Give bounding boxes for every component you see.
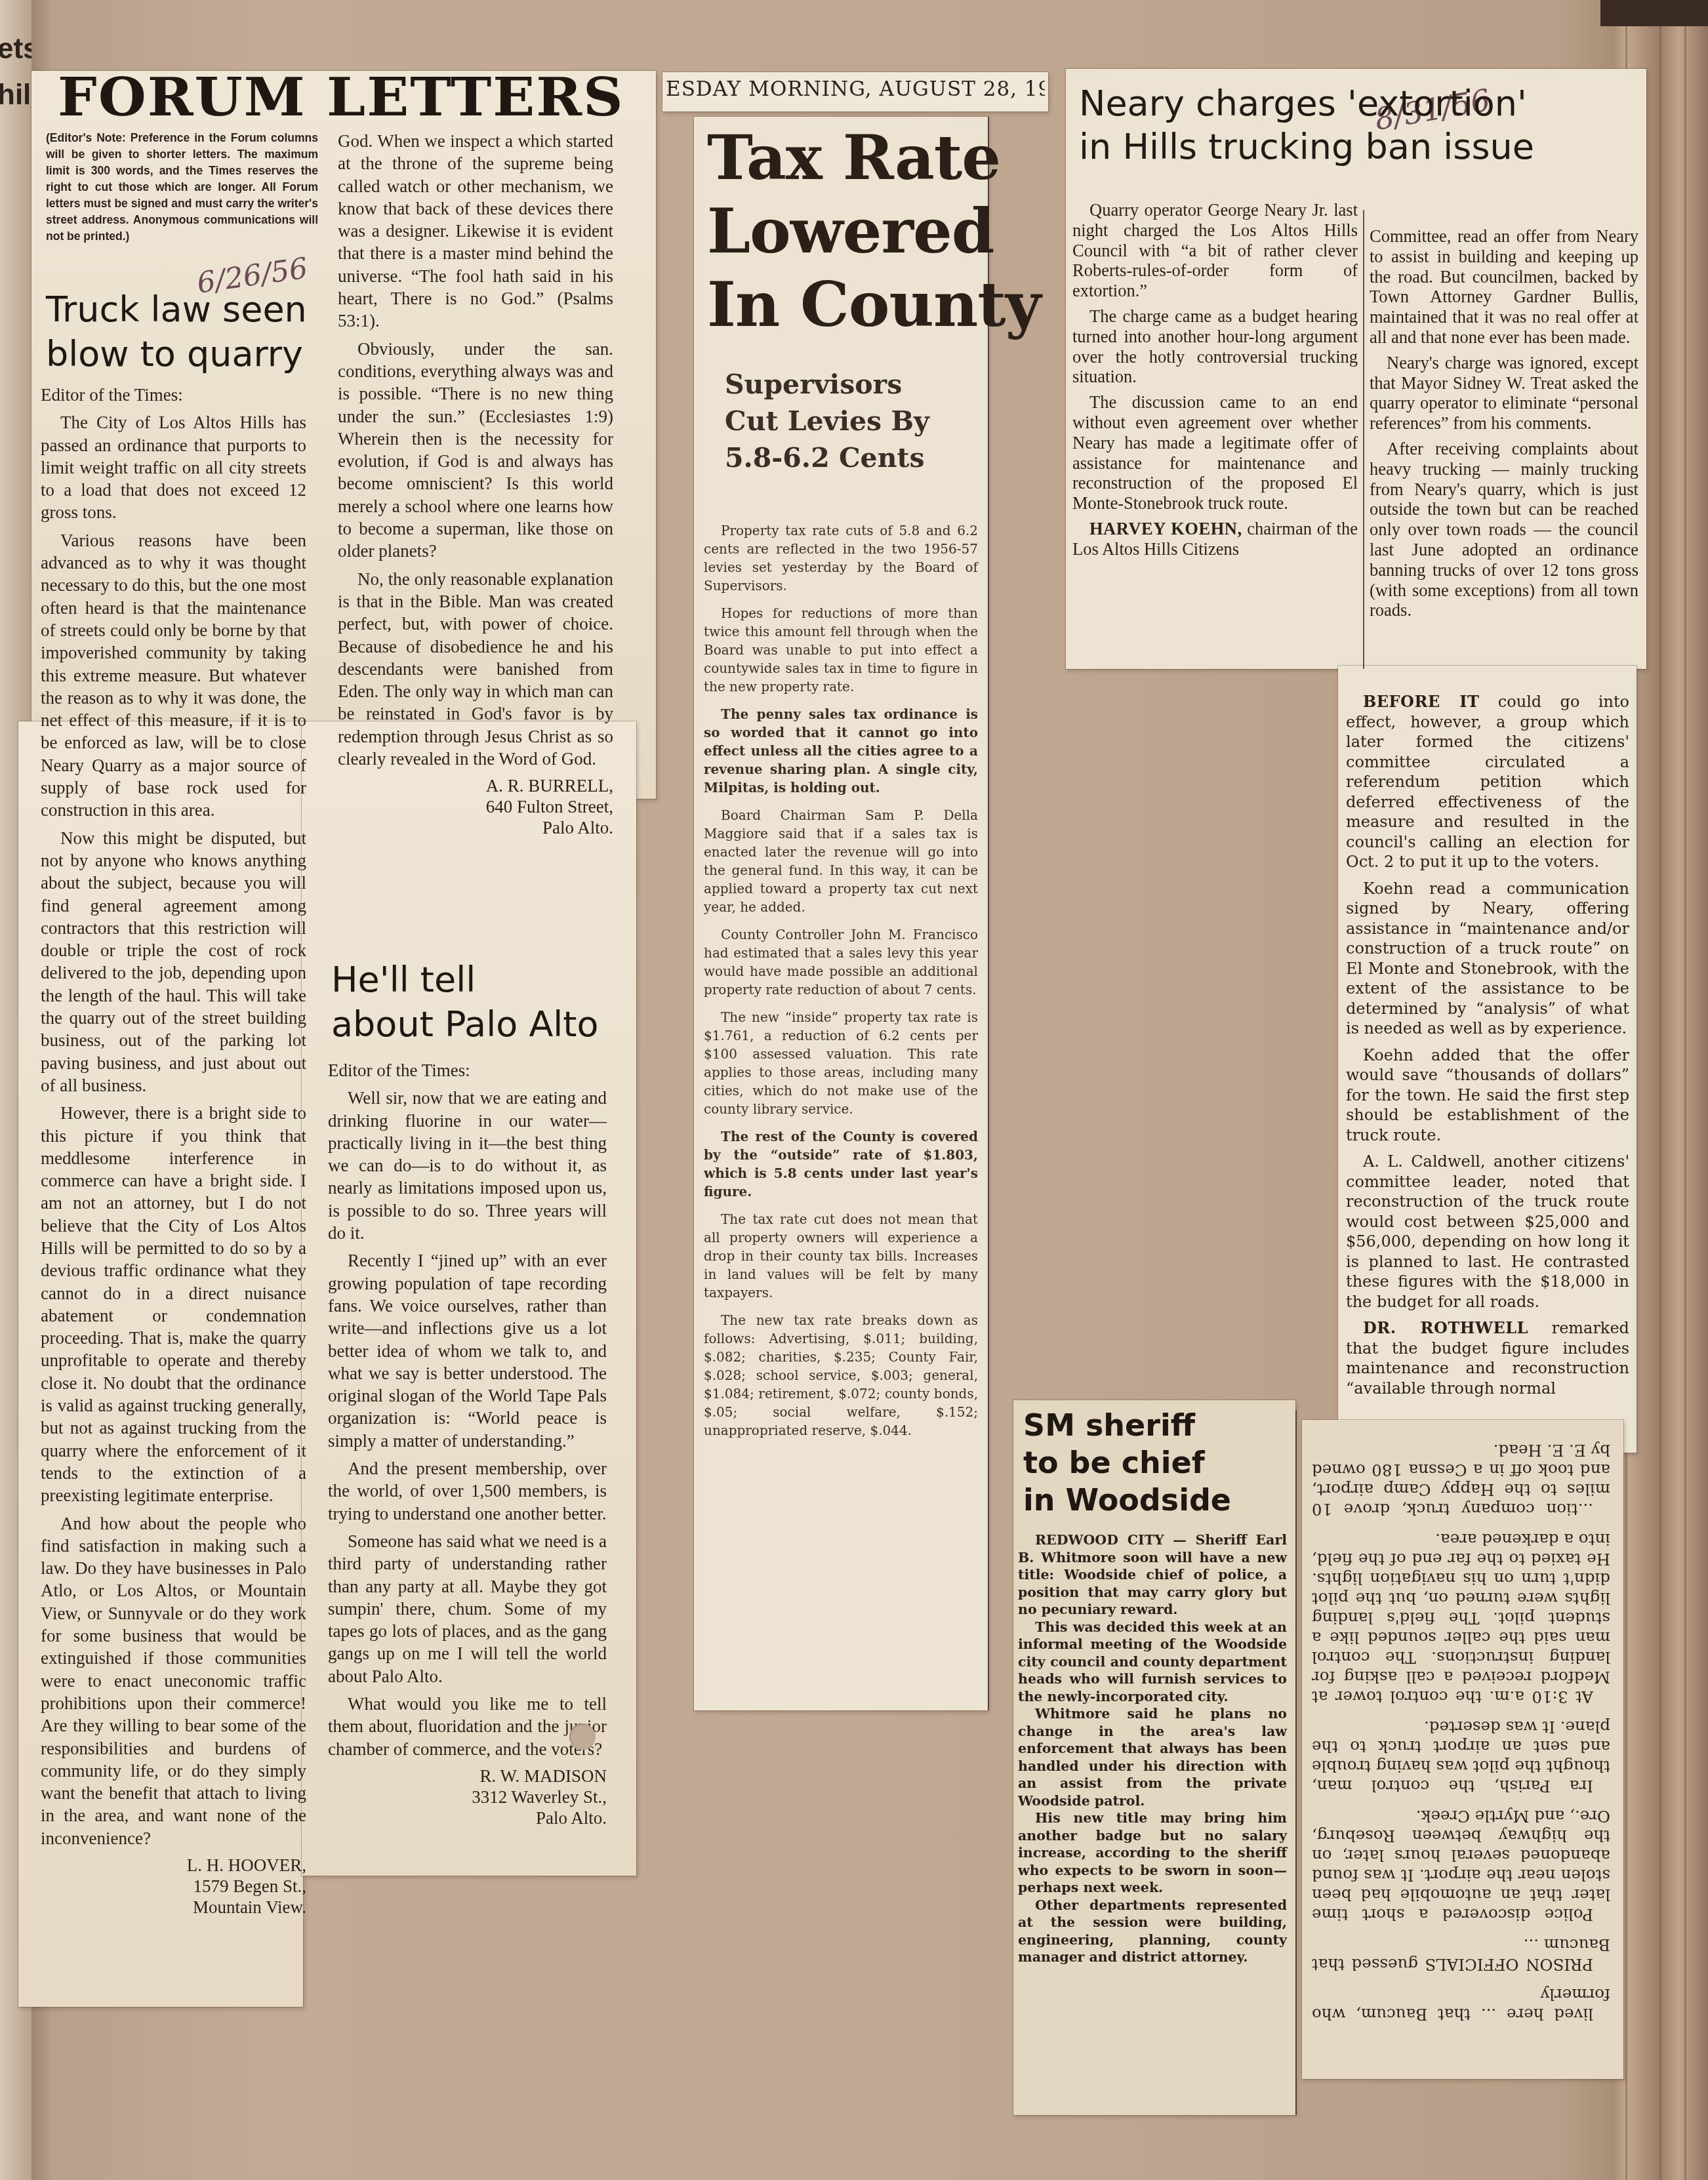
paragraph: The new “inside” property tax rate is $1… [704,1008,978,1118]
salutation: Editor of the Times: [328,1059,607,1081]
sheriff-headline: SM sheriff to be chief in Woodside [1023,1407,1231,1519]
letter-headline: Truck law seen blow to quarry [46,287,307,376]
tax-headline: Tax Rate Lowered In County [707,121,1040,342]
signature: R. W. MADISON 3312 Waverley St., Palo Al… [328,1766,607,1828]
paragraph: County Controller John M. Francisco had … [704,925,978,999]
sheriff-article-body: REDWOOD CITY — Sheriff Earl B. Whitmore … [1018,1531,1287,1966]
paragraph: Police discovered a short time later tha… [1312,1806,1610,1924]
neary-column-2: Committee, read an offer from Neary to a… [1370,226,1638,626]
paragraph: ...tion company truck, drove 10 miles to… [1312,1440,1610,1519]
salutation: Editor of the Times: [41,384,306,406]
paragraph: The penny sales tax ordinance is so word… [704,705,978,797]
paragraph: Ira Parish, the control man, thought the… [1312,1717,1610,1796]
column-rule [988,117,989,1710]
paragraph: Property tax rate cuts of 5.8 and 6.2 ce… [704,521,978,595]
dateline: ESDAY MORNING, AUGUST 28, 1956 [666,77,1045,101]
letter-madison: Editor of the Times: Well sir, now that … [328,1059,607,1828]
paragraph: Hopes for reductions of more than twice … [704,604,978,696]
page-edge-line [1659,26,1661,2180]
punch-hole [569,1724,596,1750]
tax-subhead: Supervisors Cut Levies By 5.8-6.2 Cents [725,366,929,476]
paragraph: The new tax rate breaks down as follows:… [704,1311,978,1440]
letter-burrell: God. When we inspect a which started at … [338,130,613,838]
letter-hoover: Editor of the Times: The City of Los Alt… [41,384,306,1918]
background-shadow [1600,0,1708,26]
letter-headline: He'll tell about Palo Alto [331,958,599,1047]
tax-article-body: Property tax rate cuts of 5.8 and 6.2 ce… [704,521,978,1449]
editor-note: (Editor's Note: Preference in the Forum … [46,130,318,245]
neary-column-1: Quarry operator George Neary Jr. last ni… [1072,200,1358,565]
neary-headline: Neary charges 'extortion' in Hills truck… [1079,82,1534,169]
paragraph: At 3:10 a.m. the control tower at Medfor… [1312,1529,1610,1706]
signature: L. H. HOOVER, 1579 Begen St., Mountain V… [41,1855,306,1918]
fragment-text: ets [0,33,31,66]
forum-letters-title: FORUM LETTERS [58,66,624,127]
paragraph: Board Chairman Sam P. Della Maggiore sai… [704,806,978,916]
neary-column-3: BEFORE IT could go into effect, however,… [1346,692,1629,1405]
paragraph: The tax rate cut does not mean that all … [704,1210,978,1302]
fragment-text: hills [0,79,31,111]
signature: A. R. BURRELL, 640 Fulton Street, Palo A… [338,775,613,838]
paragraph: PRISON OFFICIALS guessed that Baucum ... [1312,1935,1610,1974]
paragraph: lived here ... that Baucum, who formerly [1312,1985,1610,2024]
upside-down-text: lived here ... that Baucum, who formerly… [1312,1430,1610,2024]
paragraph: The rest of the County is covered by the… [704,1127,978,1201]
page-edge-line [1684,26,1686,2180]
column-rule [1363,210,1364,669]
column-rule [1295,1410,1297,2115]
